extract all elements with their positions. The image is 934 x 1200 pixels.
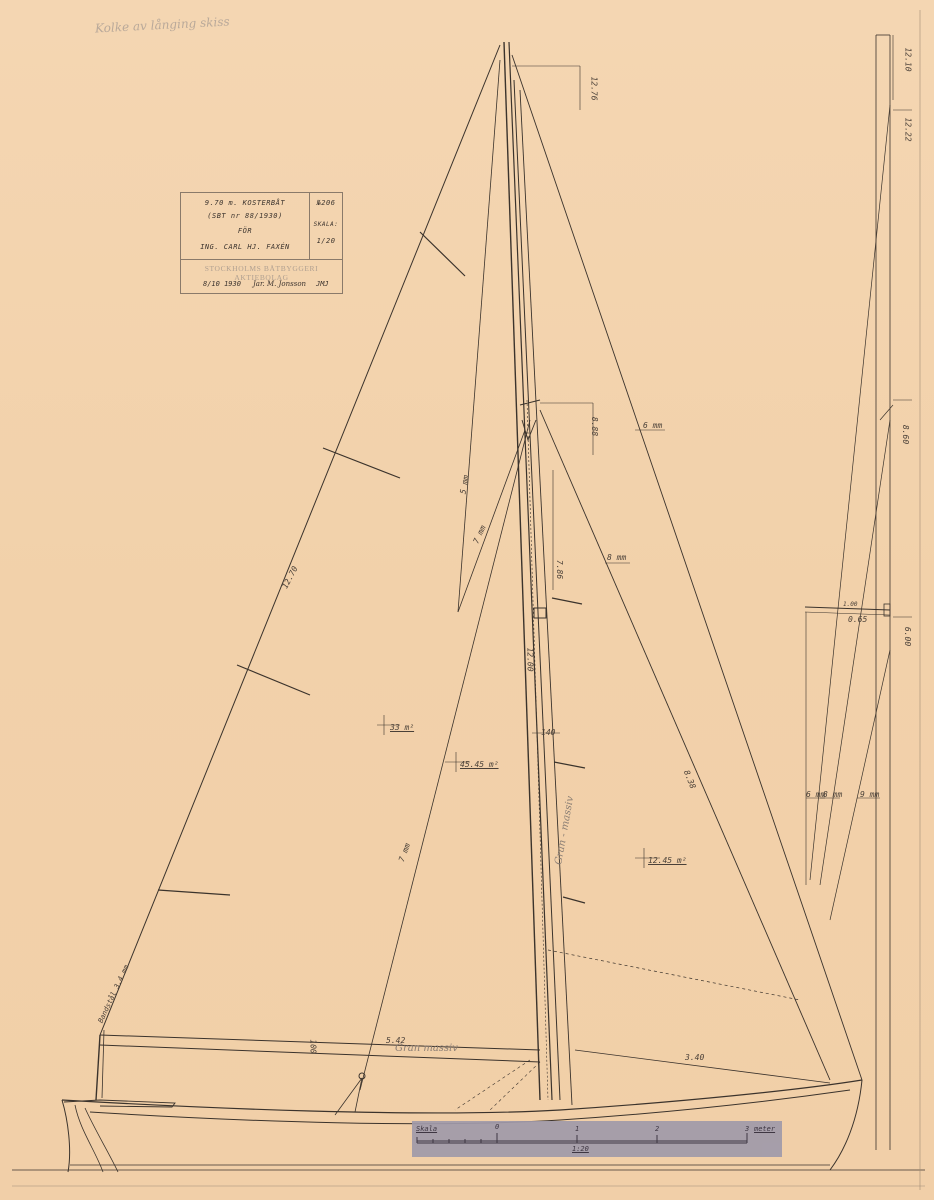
- scale-label: SKALA:: [310, 221, 342, 228]
- scale-unit: meter: [754, 1125, 775, 1133]
- title-block-main: 9.70 m. KOSTERBÅT (SBT nr 88/1930) FÖR I…: [181, 193, 310, 259]
- scale-bar-label: Skala: [416, 1125, 437, 1133]
- dim-boom-end: 3.40: [685, 1053, 704, 1062]
- sail-plan-drawing: [0, 0, 934, 1200]
- title-boat-number: (SBT nr 88/1930): [181, 212, 309, 220]
- side-spreader-length: 1.00: [843, 601, 857, 608]
- sail-area-total: 45.45 m²: [460, 760, 499, 769]
- wire-shroud-upper: 8 mm: [607, 553, 626, 562]
- scale-tick-0: 0: [495, 1123, 499, 1131]
- scale-tick-2: 2: [655, 1125, 659, 1133]
- side-dim-upper: 12.22: [904, 117, 913, 141]
- scale-tick-3: 3: [745, 1125, 749, 1133]
- wire-upper-backstay: 6 mm: [643, 421, 662, 430]
- initials: JMJ: [316, 280, 329, 288]
- scale-value: 1/20: [310, 237, 342, 245]
- title-boat-type: 9.70 m. KOSTERBÅT: [181, 199, 309, 207]
- side-spreader-inner: 0.65: [848, 615, 867, 624]
- dim-spreader-gap: 7.86: [555, 560, 564, 579]
- boom-material-note: Gran massiv: [395, 1043, 458, 1054]
- title-block-side: №206 SKALA: 1/20: [310, 193, 342, 259]
- side-dim-top: 12.10: [904, 47, 913, 71]
- scale-tick-1: 1: [575, 1125, 579, 1133]
- dim-masthead: 12.76: [590, 76, 599, 100]
- side-dim-mid: 8.60: [901, 425, 910, 444]
- dim-jumper: 8.88: [590, 417, 599, 436]
- sail-area-jib: 33 m²: [390, 723, 414, 732]
- sail-area-main: 12.45 m²: [648, 856, 687, 865]
- side-dim-lower: 6.00: [903, 627, 912, 646]
- signature: Jar. M. Jonsson: [253, 280, 306, 288]
- drawing-date: 8/10 1930: [203, 280, 241, 288]
- title-for: FÖR: [181, 227, 309, 235]
- title-divider: [181, 259, 342, 260]
- dim-mast-width: 140: [541, 728, 555, 737]
- scale-ratio: 1:20: [572, 1145, 589, 1153]
- drawing-number-label: №206: [310, 199, 342, 207]
- side-wire-b: 8 mm: [823, 790, 842, 799]
- dim-boom-depth: 100: [309, 1039, 318, 1053]
- scale-bar-ruler: [412, 1121, 782, 1157]
- scale-bar: Skala 0 1 2 3 meter 1:20: [412, 1121, 782, 1157]
- side-wire-c: 9 mm: [860, 790, 879, 799]
- title-client: ING. CARL HJ. FAXÉN: [181, 243, 309, 251]
- dim-mast-length: 12.00: [526, 647, 535, 671]
- title-block: 9.70 m. KOSTERBÅT (SBT nr 88/1930) FÖR I…: [180, 192, 343, 294]
